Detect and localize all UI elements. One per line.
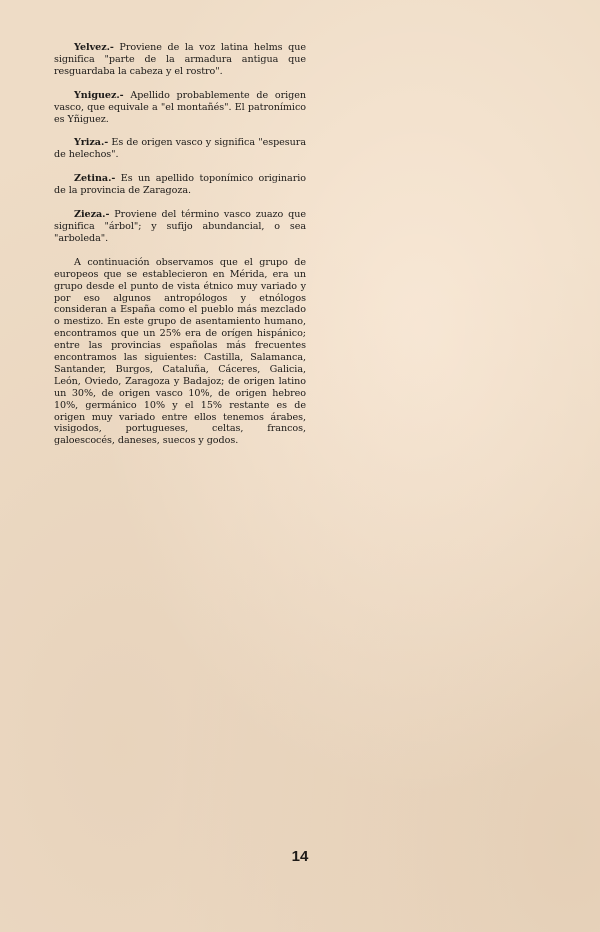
entry-term: Zieza.-	[74, 209, 109, 220]
entry-term: Yelvez.-	[74, 42, 114, 53]
entry-term: Yriza.-	[74, 137, 108, 148]
entry-yelvez: Yelvez.- Proviene de la voz latina helms…	[54, 42, 306, 78]
entry-term: Yniguez.-	[74, 90, 124, 101]
entry-yriza: Yriza.- Es de origen vasco y significa "…	[54, 137, 306, 161]
entry-yniguez: Yniguez.- Apellido probablemente de orig…	[54, 90, 306, 126]
entry-zetina: Zetina.- Es un apellido toponímico origi…	[54, 173, 306, 197]
body-paragraph: A continuación observamos que el grupo d…	[54, 257, 306, 448]
text-column: Yelvez.- Proviene de la voz latina helms…	[54, 42, 306, 447]
entry-term: Zetina.-	[74, 173, 115, 184]
entry-zieza: Zieza.- Proviene del término vasco zuazo…	[54, 209, 306, 245]
page-number: 14	[0, 848, 600, 865]
